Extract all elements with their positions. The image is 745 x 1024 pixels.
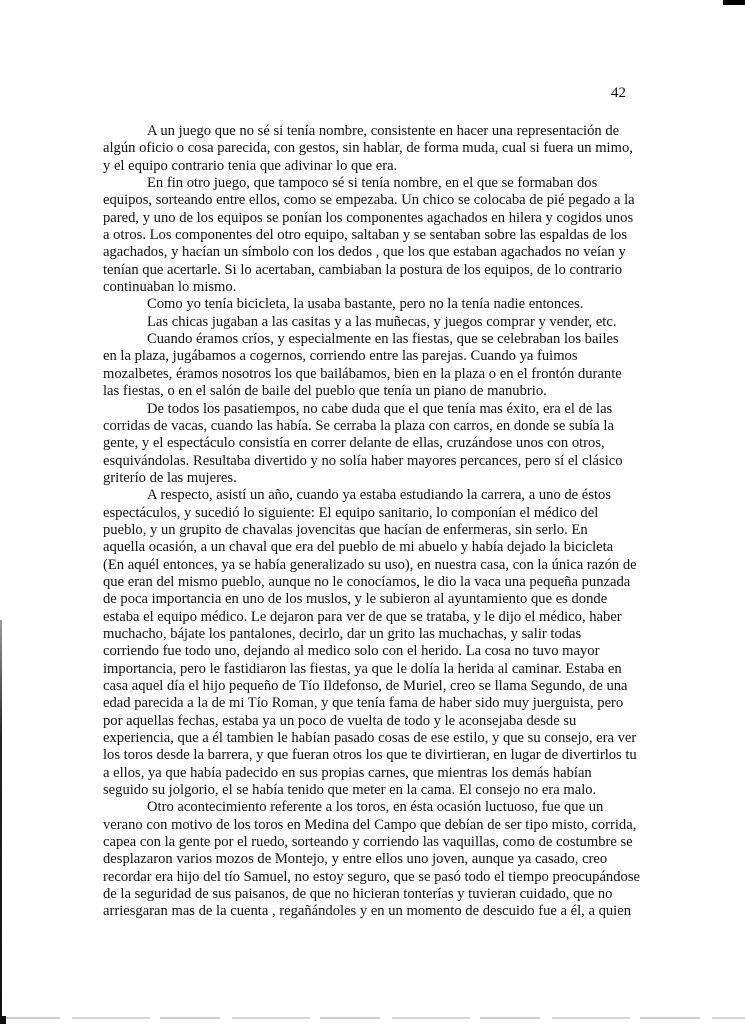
text-line: verano con motivo de los toros en Medina… — [103, 817, 633, 834]
text-line: corriendo fue todo uno, dejando al medic… — [103, 643, 633, 660]
scan-artifact-bottom-edge — [0, 1017, 745, 1019]
document-body: A un juego que no sé si tenía nombre, co… — [103, 123, 633, 921]
text-line: aquella ocasión, a un chaval que era del… — [103, 539, 633, 556]
paragraph-team-game: En fin otro juego, que tampoco sé si ten… — [103, 175, 633, 296]
text-line: a otros. Los componentes del otro equipo… — [103, 227, 633, 244]
text-line: algún oficio o cosa parecida, con gestos… — [103, 140, 633, 157]
text-line: edad parecida a la de mi Tío Roman, y qu… — [103, 695, 633, 712]
text-line: y el equipo contrario tenia que adivinar… — [103, 158, 633, 175]
paragraph-mime-game: A un juego que no sé si tenía nombre, co… — [103, 123, 633, 175]
text-line: de poca importancia en uno de los muslos… — [103, 591, 633, 608]
scan-artifact-top-right — [723, 0, 745, 5]
text-line: desplazaron varios mozos de Montejo, y e… — [103, 851, 633, 868]
text-line: tenían que acertarle. Si lo acertaban, c… — [103, 262, 633, 279]
text-line: A un juego que no sé si tenía nombre, co… — [103, 123, 633, 140]
text-line: gente, y el espectáculo consistía en cor… — [103, 435, 633, 452]
text-line: En fin otro juego, que tampoco sé si ten… — [103, 175, 633, 192]
paragraph-girls-games: Las chicas jugaban a las casitas y a las… — [103, 314, 633, 331]
text-line: los toros desde la barrera, y que fueran… — [103, 747, 633, 764]
text-line: por aquellas fechas, estaba ya un poco d… — [103, 713, 633, 730]
text-line: esquivándolas. Resultaba divertido y no … — [103, 453, 633, 470]
text-line: experiencia, que a él tambien le habían … — [103, 730, 633, 747]
text-line: continuaban lo mismo. — [103, 279, 633, 296]
text-line: capea con la gente por el ruedo, sortean… — [103, 834, 633, 851]
scan-artifact-left-edge — [0, 620, 2, 1016]
paragraph-bullfights: De todos los pasatiempos, no cabe duda q… — [103, 401, 633, 488]
text-line: de la seguridad de sus paisanos, de que … — [103, 886, 633, 903]
scan-artifact-bottom-left — [0, 1016, 6, 1024]
text-line: a ellos, ya que había padecido en sus pr… — [103, 765, 633, 782]
text-line: Como yo tenía bicicleta, la usaba bastan… — [103, 296, 633, 313]
text-line: espectáculos, y sucedió lo siguiente: El… — [103, 505, 633, 522]
text-line: Cuando éramos críos, y especialmente en … — [103, 331, 633, 348]
text-line: pueblo, y un grupito de chavalas jovenci… — [103, 522, 633, 539]
text-line: corridas de vacas, cuando las había. Se … — [103, 418, 633, 435]
text-line: arriesgaran mas de la cuenta , regañándo… — [103, 903, 633, 920]
text-line: que eran del mismo pueblo, aunque no le … — [103, 574, 633, 591]
text-line: agachados, y hacían un símbolo con los d… — [103, 244, 633, 261]
text-line: las fiestas, o en el salón de baile del … — [103, 383, 633, 400]
text-line: pared, y uno de los equipos se ponían lo… — [103, 210, 633, 227]
text-line: Las chicas jugaban a las casitas y a las… — [103, 314, 633, 331]
page-number: 42 — [611, 85, 626, 102]
text-line: seguido su jolgorio, el se había tenido … — [103, 782, 633, 799]
paragraph-bicycle: Como yo tenía bicicleta, la usaba bastan… — [103, 296, 633, 313]
text-line: Otro acontecimiento referente a los toro… — [103, 799, 633, 816]
text-line: (En aquél entonces, ya se había generali… — [103, 557, 633, 574]
text-line: en la plaza, jugábamos a cogernos, corri… — [103, 348, 633, 365]
text-line: A respecto, asistí un año, cuando ya est… — [103, 487, 633, 504]
text-line: importancia, pero le fastidiaron las fie… — [103, 661, 633, 678]
text-line: estaba el equipo médico. Le dejaron para… — [103, 609, 633, 626]
text-line: casa aquel día el hijo pequeño de Tío Il… — [103, 678, 633, 695]
paragraph-dances: Cuando éramos críos, y especialmente en … — [103, 331, 633, 400]
text-line: griterío de las mujeres. — [103, 470, 633, 487]
paragraph-anecdote: A respecto, asistí un año, cuando ya est… — [103, 487, 633, 799]
text-line: De todos los pasatiempos, no cabe duda q… — [103, 401, 633, 418]
text-line: muchacho, bájate los pantalones, decirlo… — [103, 626, 633, 643]
paragraph-medina-del-campo: Otro acontecimiento referente a los toro… — [103, 799, 633, 920]
text-line: equipos, sorteando entre ellos, como se … — [103, 192, 633, 209]
text-line: recordar era hijo del tío Samuel, no est… — [103, 869, 633, 886]
text-line: mozalbetes, éramos nosotros los que bail… — [103, 366, 633, 383]
